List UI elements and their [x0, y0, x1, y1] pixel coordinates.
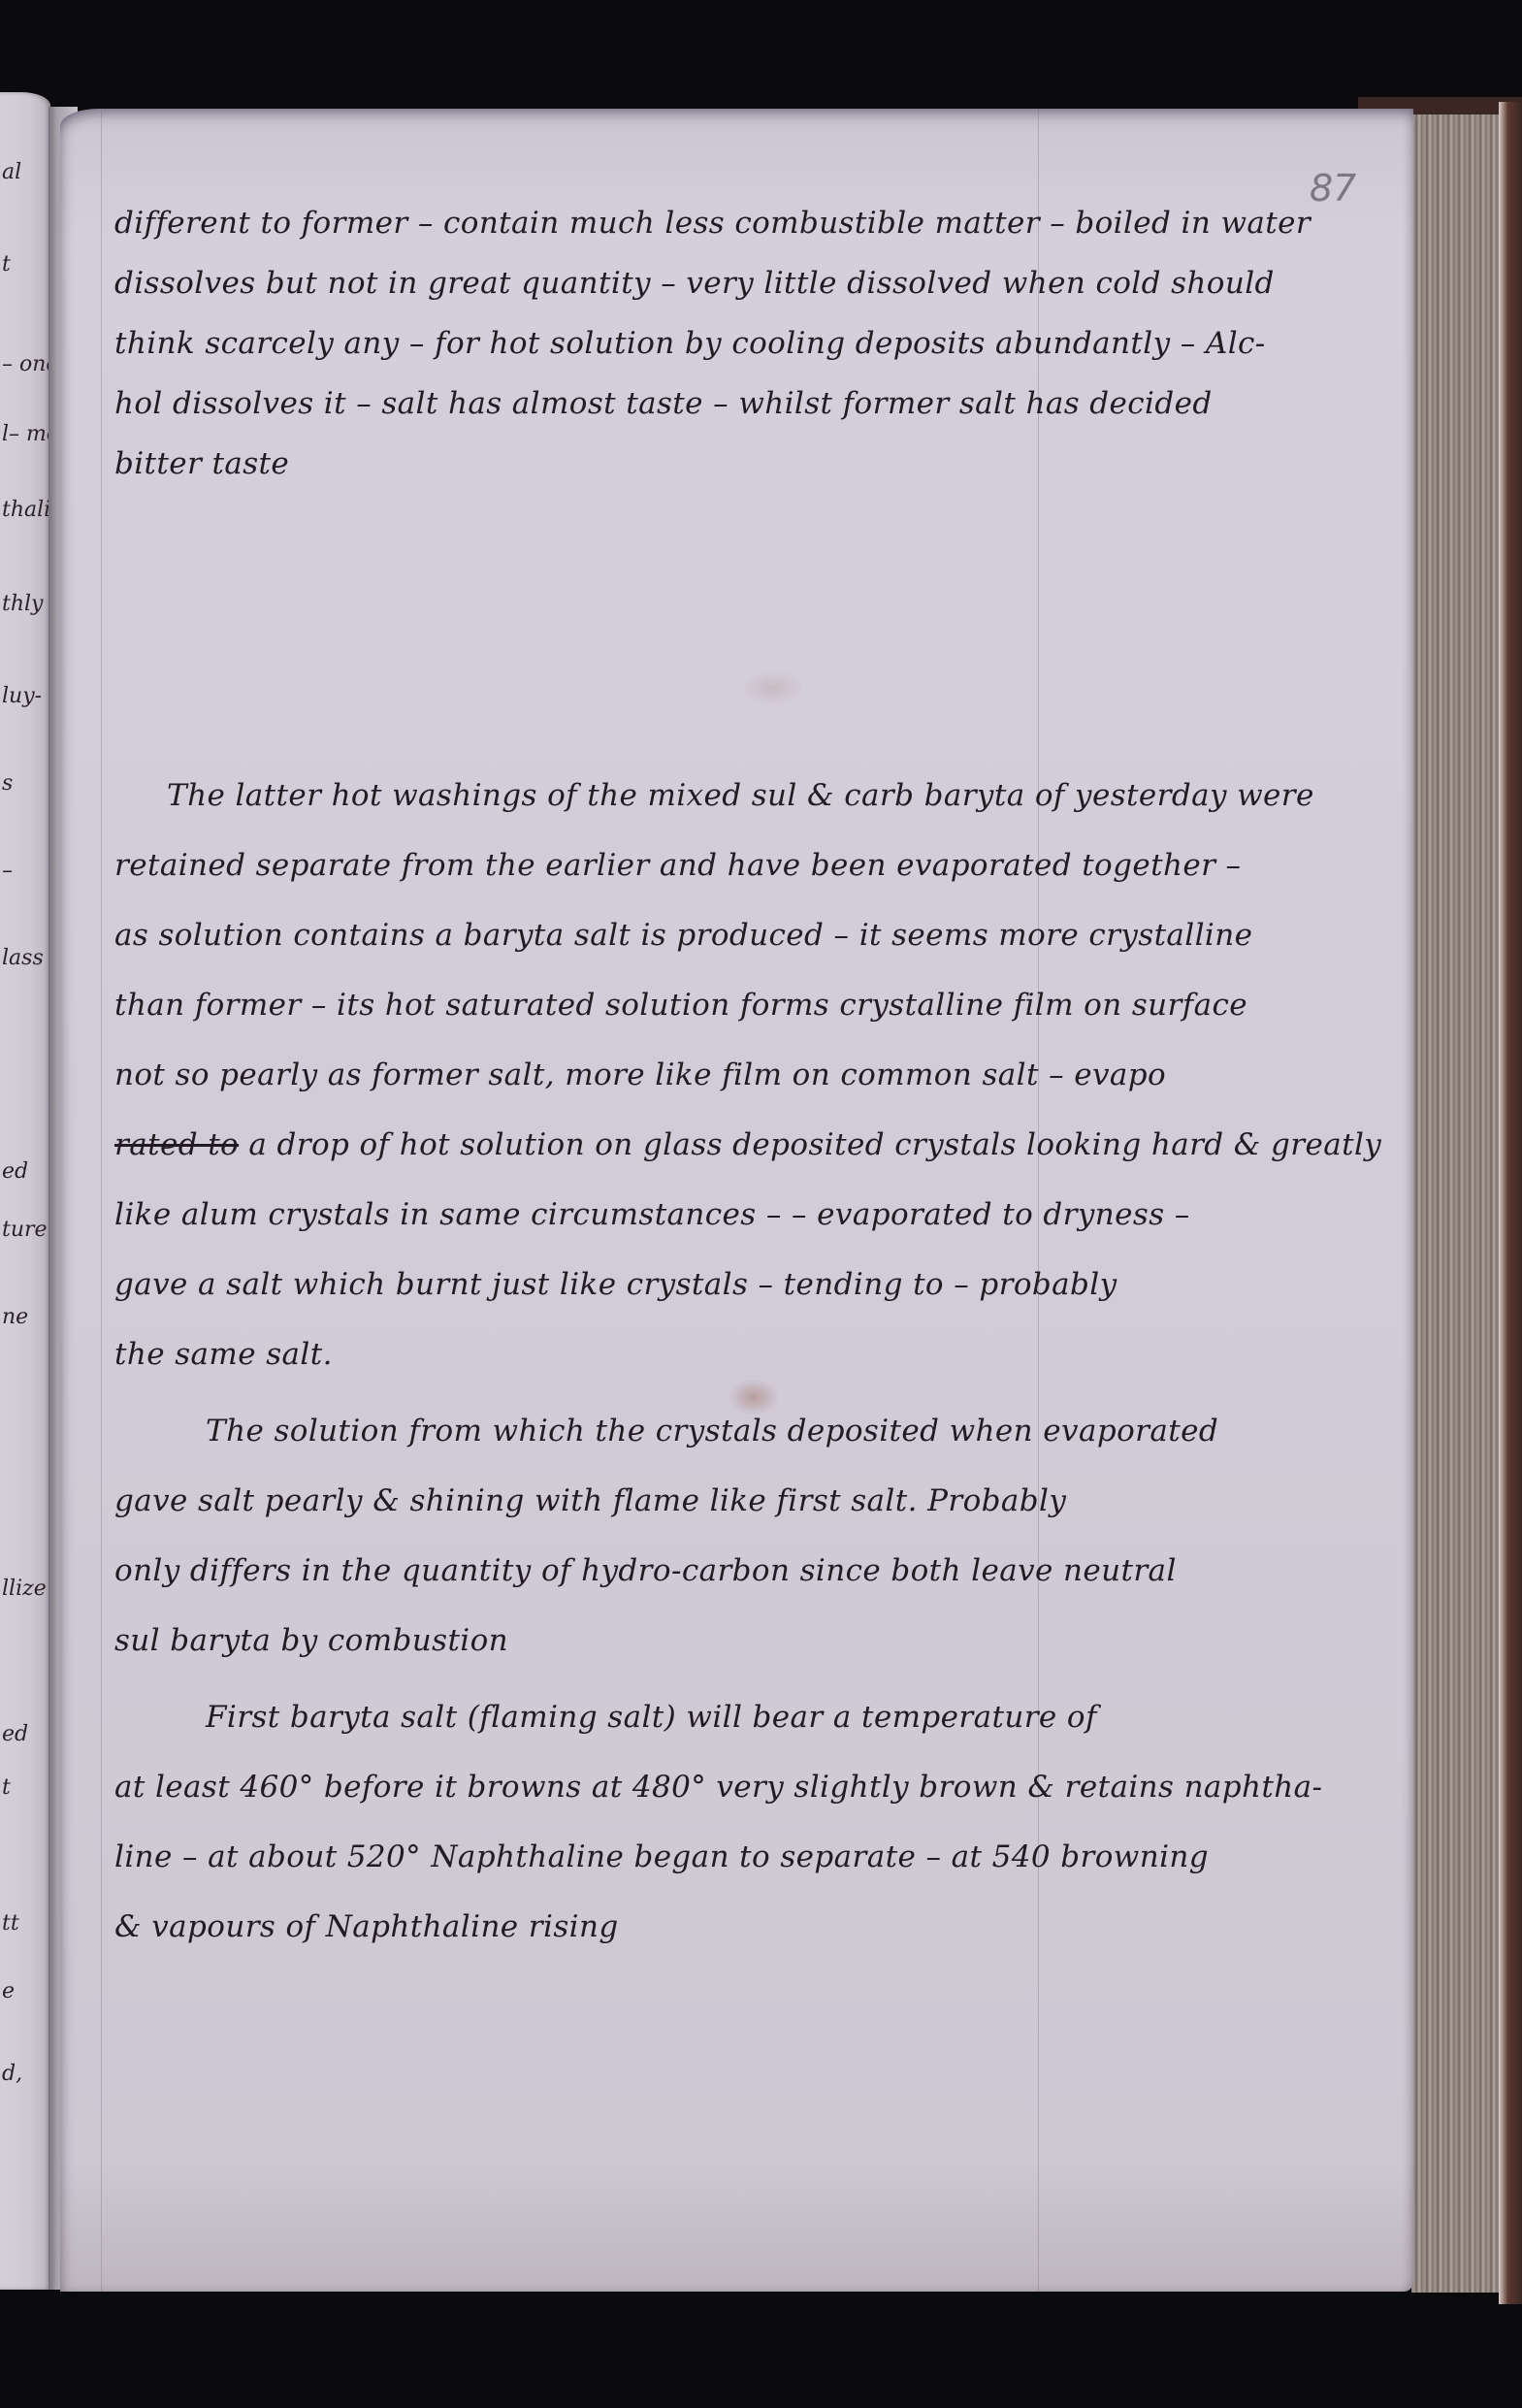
text-line: The solution from which the crystals dep…: [206, 1414, 1218, 1448]
facing-page-fragment: al: [2, 160, 49, 184]
facing-page-fragment: lass: [2, 946, 49, 970]
text-line-rest: a drop of hot solution on glass deposite…: [248, 1127, 1381, 1162]
facing-page-fragment: ed: [2, 1722, 49, 1746]
text-line: at least 460° before it browns at 480° v…: [114, 1770, 1322, 1805]
book-photograph: al t – one l– more thalin thly luy- s – …: [0, 0, 1522, 2408]
text-line: rated to a drop of hot solution on glass…: [114, 1127, 1381, 1162]
notebook-page: 87 different to former – contain much le…: [60, 109, 1413, 2292]
text-line: as solution contains a baryta salt is pr…: [114, 918, 1252, 953]
text-line: gave salt pearly & shining with flame li…: [114, 1483, 1066, 1518]
text-line: not so pearly as former salt, more like …: [114, 1058, 1166, 1092]
facing-page-fragment: ed: [2, 1159, 49, 1184]
facing-page-fragment: thalin: [2, 498, 49, 522]
text-line: different to former – contain much less …: [114, 206, 1311, 241]
page-stack-fore-edge: [1411, 114, 1508, 2293]
text-line: than former – its hot saturated solution…: [114, 988, 1247, 1023]
facing-page-fragment: d,: [2, 2062, 49, 2086]
text-line: the same salt.: [114, 1337, 333, 1372]
facing-page-fragment: ture: [2, 1218, 49, 1242]
facing-page-fragment: – one: [2, 352, 49, 376]
text-line: First baryta salt (flaming salt) will be…: [206, 1700, 1097, 1735]
facing-page-fragment: s: [2, 771, 49, 796]
facing-page-fragment: l– more: [2, 422, 49, 446]
text-line: think scarcely any – for hot solution by…: [114, 326, 1266, 361]
facing-page-fragment: t: [2, 1775, 49, 1800]
text-line: dissolves but not in great quantity – ve…: [114, 266, 1275, 301]
paper-stain: [729, 1380, 778, 1415]
text-line: gave a salt which burnt just like crysta…: [114, 1267, 1117, 1302]
text-line: bitter taste: [114, 446, 289, 481]
book-cover-edge: [1499, 102, 1522, 2304]
text-line: hol dissolves it – salt has almost taste…: [114, 386, 1213, 421]
text-line: only differs in the quantity of hydro-ca…: [114, 1553, 1177, 1588]
text-line: sul baryta by combustion: [114, 1623, 508, 1658]
text-line: & vapours of Naphthaline rising: [114, 1909, 619, 1944]
page-number: 87: [1310, 167, 1356, 210]
text-line: The latter hot washings of the mixed sul…: [167, 778, 1314, 813]
facing-page-fragment: tt: [2, 1911, 49, 1936]
facing-page-left: al t – one l– more thalin thly luy- s – …: [0, 92, 50, 2290]
text-line: line – at about 520° Naphthaline began t…: [114, 1839, 1209, 1874]
facing-page-fragment: ne: [2, 1305, 49, 1329]
margin-rule-left: [101, 109, 102, 2292]
text-line: retained separate from the earlier and h…: [114, 848, 1241, 883]
paper-stain: [744, 671, 802, 704]
facing-page-fragment: t: [2, 252, 49, 277]
facing-page-fragment: thly: [2, 592, 49, 616]
struck-word: rated to: [114, 1127, 239, 1162]
facing-page-fragment: llize: [2, 1577, 49, 1601]
text-line: like alum crystals in same circumstances…: [114, 1197, 1190, 1232]
facing-page-fragment: –: [2, 859, 49, 883]
facing-page-fragment: luy-: [2, 684, 49, 708]
facing-page-fragment: e: [2, 1979, 49, 2003]
